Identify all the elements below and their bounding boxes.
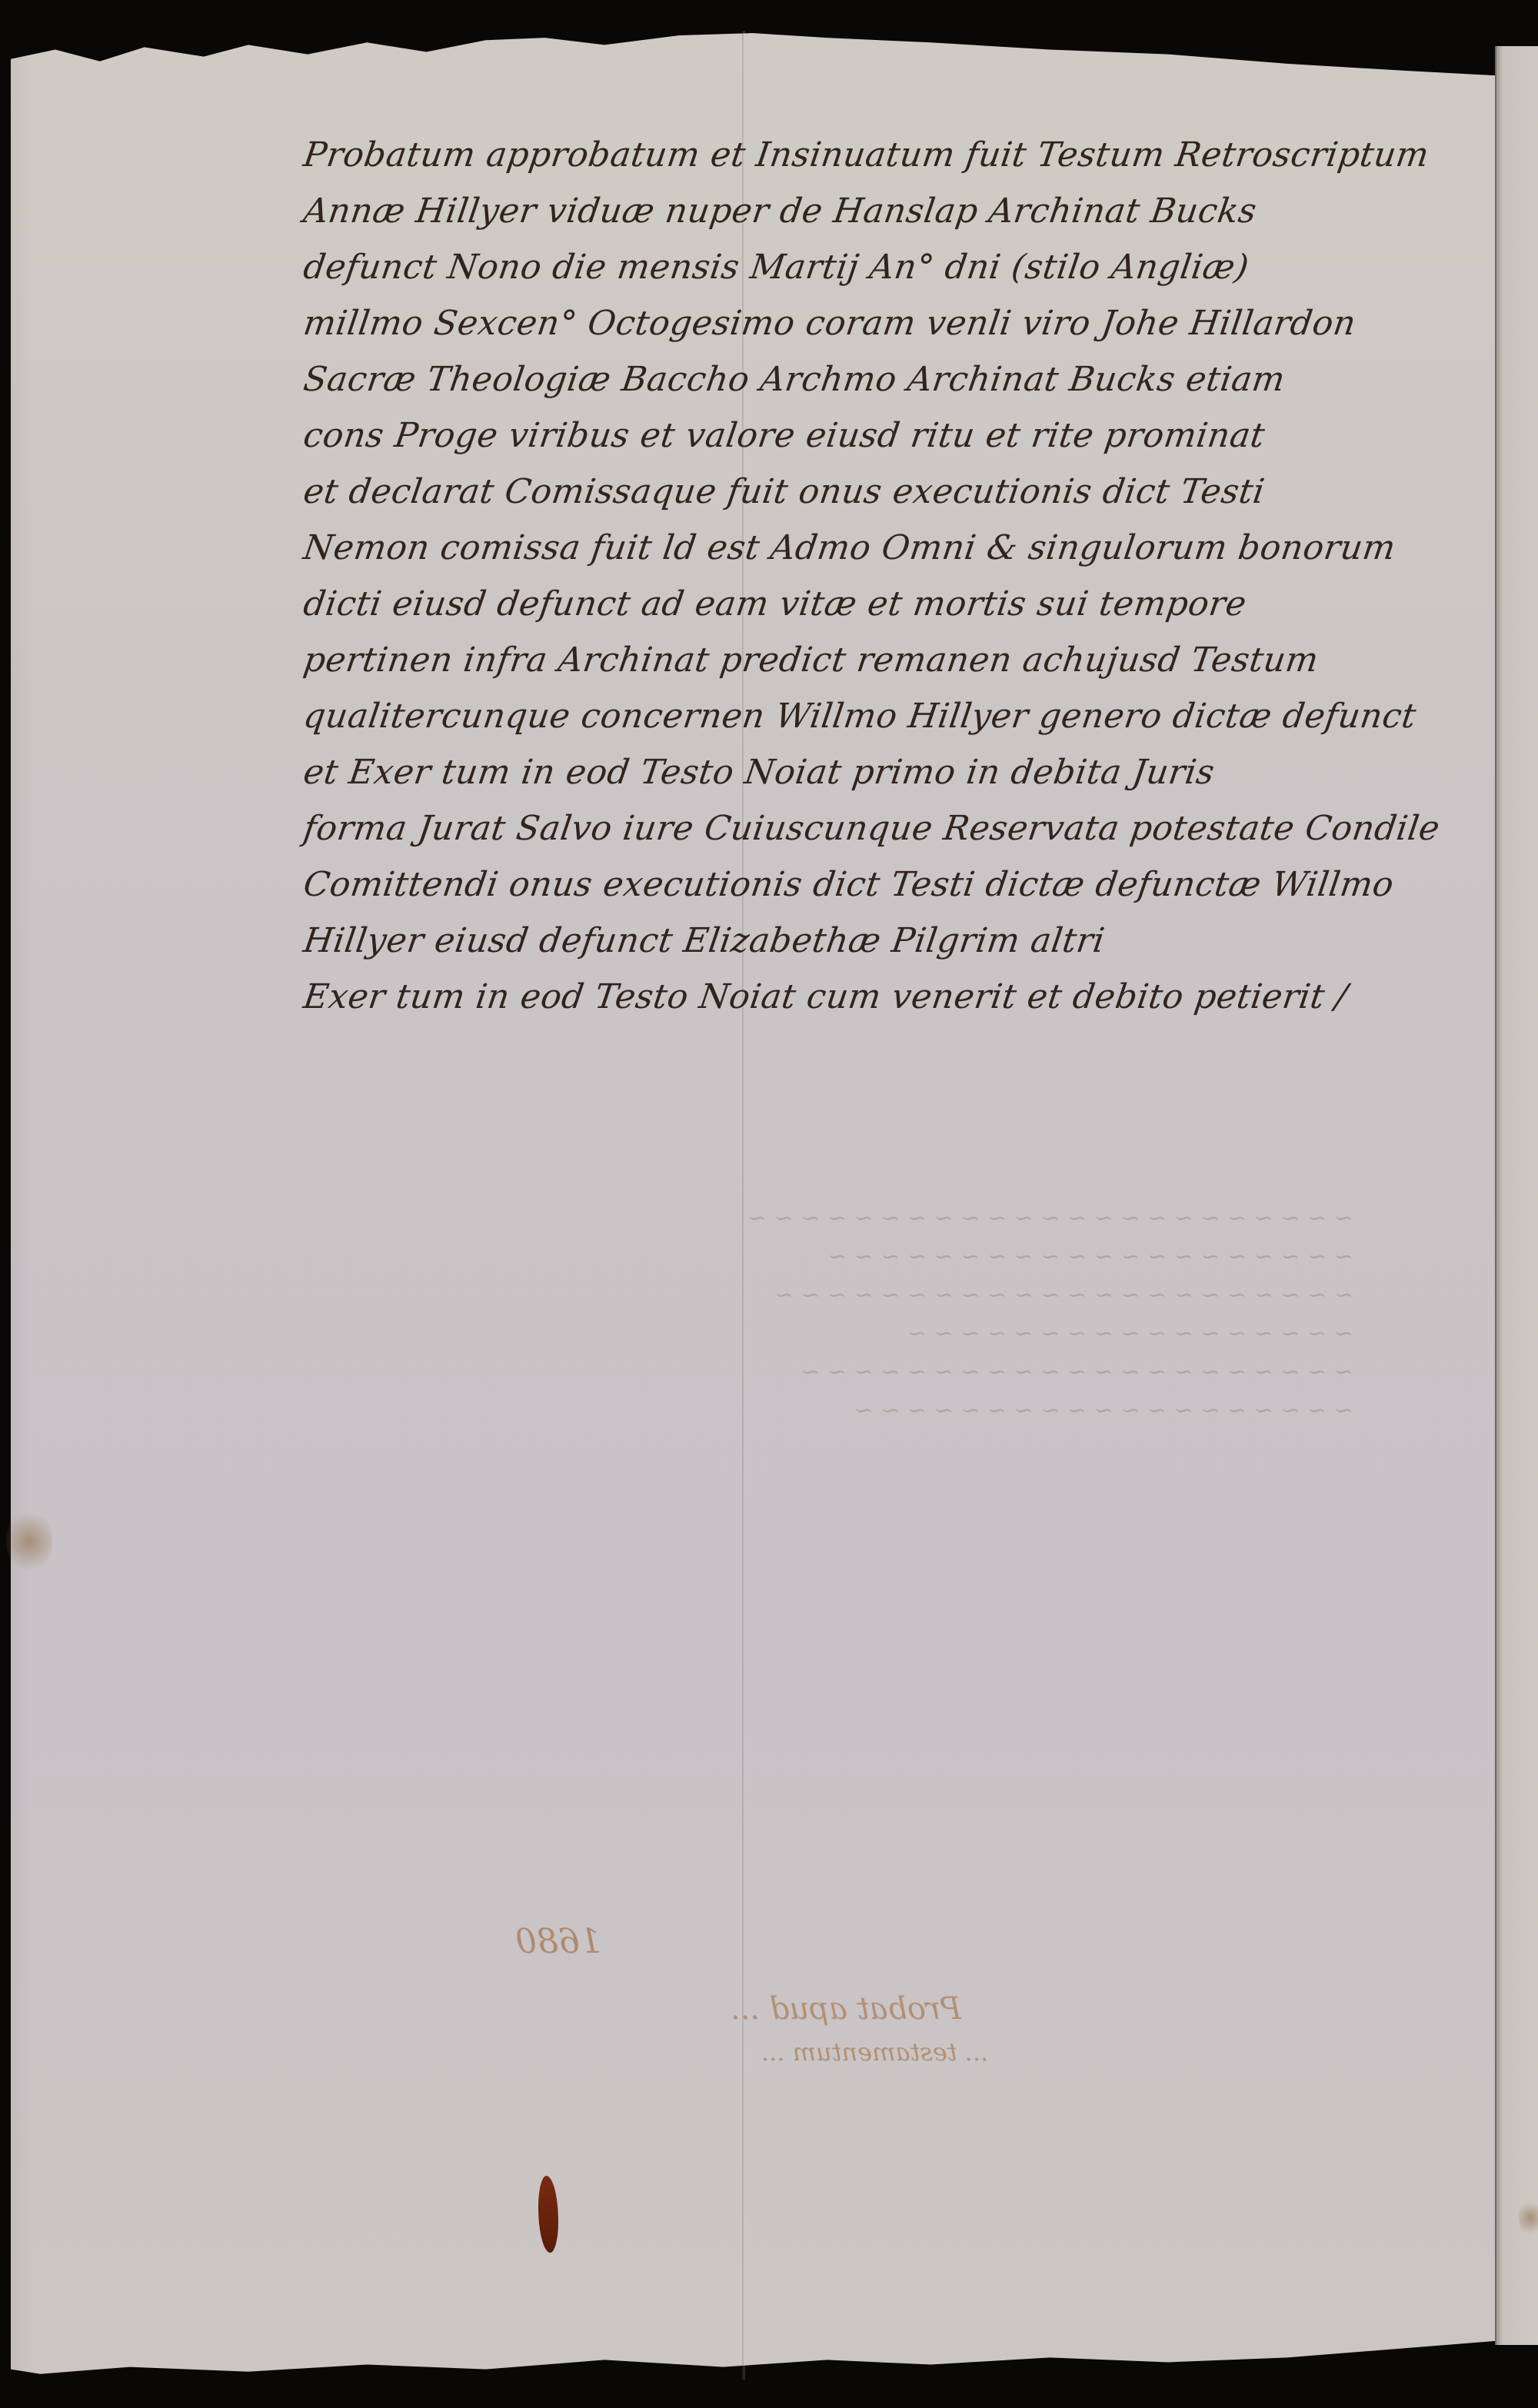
text-line: Sacræ Theologiæ Baccho Archmo Archinat B… (300, 351, 1500, 407)
text-line: Exer tum in eod Testo Noiat cum venerit … (300, 969, 1500, 1025)
text-line: millmo Sexcen° Octogesimo coram venli vi… (300, 295, 1500, 351)
bleed-through-note: Probat apud ... (731, 1991, 961, 2027)
text-line: Hillyer eiusd defunct Elizabethæ Pilgrim… (300, 913, 1500, 969)
ghost-line: ~ ~ ~ ~ ~ ~ ~ ~ ~ ~ ~ ~ ~ ~ ~ ~ ~ ~ ~ (46, 1392, 1353, 1430)
text-line: forma Jurat Salvo iure Cuiuscunque Reser… (300, 800, 1500, 856)
bleed-through-text: ~ ~ ~ ~ ~ ~ ~ ~ ~ ~ ~ ~ ~ ~ ~ ~ ~ ~ ~ ~ … (46, 1199, 1353, 1430)
text-line: pertinen infra Archinat predict remanen … (300, 632, 1500, 688)
paper-stain (1519, 2199, 1538, 2237)
ghost-line: ~ ~ ~ ~ ~ ~ ~ ~ ~ ~ ~ ~ ~ ~ ~ ~ ~ ~ ~ ~ … (46, 1276, 1353, 1315)
text-line: dicti eiusd defunct ad eam vitæ et morti… (300, 576, 1500, 632)
text-line: Comittendi onus executionis dict Testi d… (300, 856, 1500, 913)
scan-background-bottom (0, 2380, 1538, 2408)
text-line: et declarat Comissaque fuit onus executi… (300, 464, 1500, 520)
bleed-through-date: 1680 (515, 1922, 601, 1961)
text-line: defunct Nono die mensis Martij An° dni (… (300, 239, 1500, 295)
bleed-through-note: ... testamentum ... (761, 2037, 988, 2067)
text-line: cons Proge viribus et valore eiusd ritu … (300, 407, 1500, 464)
text-line: Nemon comissa fuit ld est Admo Omni & si… (300, 520, 1500, 576)
text-line: Probatum approbatum et Insinuatum fuit T… (300, 127, 1500, 183)
adjacent-leaf-edge (1495, 46, 1538, 2345)
text-line: Annæ Hillyer viduæ nuper de Hanslap Arch… (300, 183, 1500, 239)
text-line: qualitercunque concernen Willmo Hillyer … (300, 688, 1500, 744)
text-line: et Exer tum in eod Testo Noiat primo in … (300, 744, 1500, 800)
paper-stain (6, 1507, 52, 1576)
ghost-line: ~ ~ ~ ~ ~ ~ ~ ~ ~ ~ ~ ~ ~ ~ ~ ~ ~ (46, 1315, 1353, 1353)
ghost-line: ~ ~ ~ ~ ~ ~ ~ ~ ~ ~ ~ ~ ~ ~ ~ ~ ~ ~ ~ ~ … (46, 1199, 1353, 1238)
ghost-line: ~ ~ ~ ~ ~ ~ ~ ~ ~ ~ ~ ~ ~ ~ ~ ~ ~ ~ ~ ~ (46, 1238, 1353, 1276)
ghost-line: ~ ~ ~ ~ ~ ~ ~ ~ ~ ~ ~ ~ ~ ~ ~ ~ ~ ~ ~ ~ … (46, 1353, 1353, 1392)
scan-background-top (0, 0, 1538, 31)
probate-text-block: Probatum approbatum et Insinuatum fuit T… (304, 127, 1496, 1025)
